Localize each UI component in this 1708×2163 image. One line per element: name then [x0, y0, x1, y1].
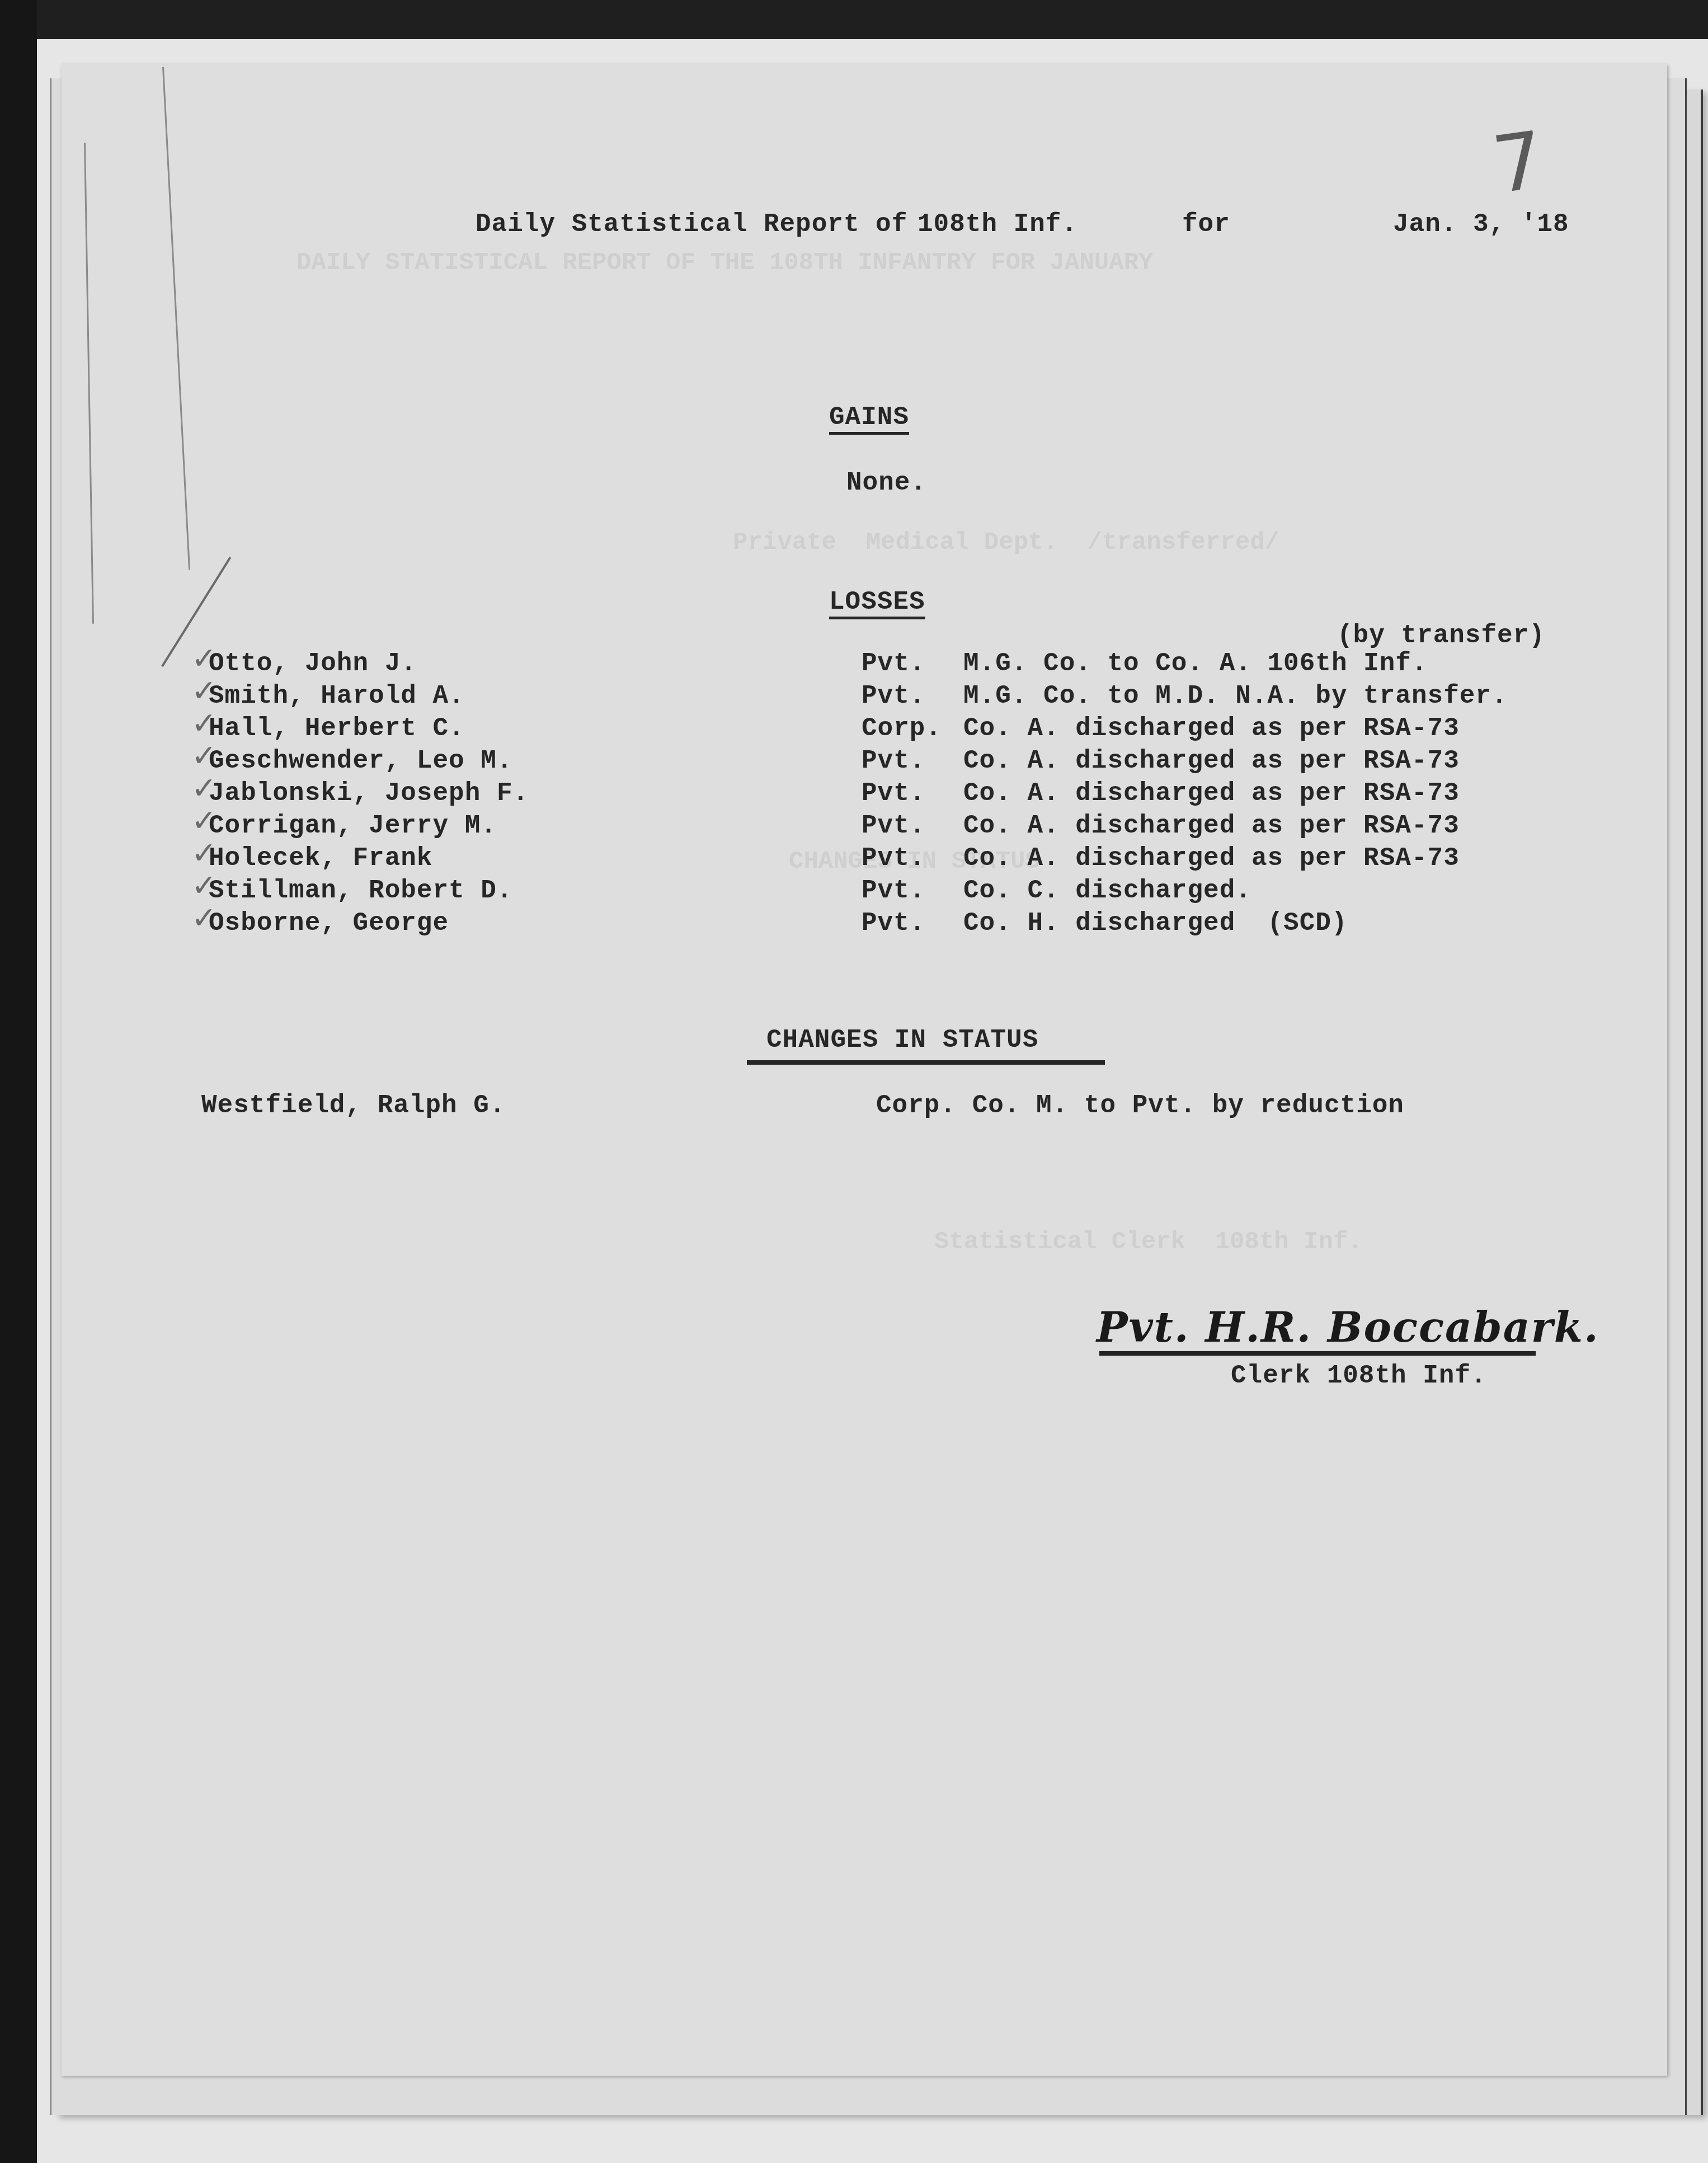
- loss-detail: Co. A. discharged as per RSA-73: [963, 779, 1460, 808]
- page-crease: [84, 143, 94, 624]
- report-title: Daily Statistical Report of: [476, 210, 907, 239]
- loss-name: Osborne, George: [209, 909, 449, 938]
- loss-name: Stillman, Robert D.: [209, 876, 513, 905]
- loss-name: Jablonski, Joseph F.: [209, 779, 529, 808]
- signer-title: Clerk 108th Inf.: [1231, 1361, 1487, 1390]
- gains-value: None.: [846, 468, 926, 497]
- pencil-corner-mark: 7: [1488, 115, 1550, 212]
- bleed-through-text: Statistical Clerk 108th Inf.: [934, 1228, 1363, 1256]
- loss-rank: Pvt.: [862, 811, 925, 840]
- loss-rank: Pvt.: [862, 909, 925, 938]
- heading-underline: [747, 1060, 1105, 1065]
- loss-name: Otto, John J.: [209, 649, 417, 678]
- loss-name: Corrigan, Jerry M.: [209, 811, 497, 840]
- loss-rank: Corp.: [862, 714, 942, 743]
- bleed-through-text: DAILY STATISTICAL REPORT OF THE 108TH IN…: [297, 249, 1153, 277]
- loss-detail: Co. C. discharged.: [963, 876, 1251, 905]
- loss-detail: Co. A. discharged as per RSA-73: [963, 714, 1460, 743]
- loss-rank: Pvt.: [862, 844, 925, 873]
- page-crease: [162, 67, 190, 570]
- scan-border-left: [0, 0, 37, 2163]
- bleed-through-text: Private Medical Dept. /transferred/: [733, 529, 1279, 557]
- status-detail: Corp. Co. M. to Pvt. by reduction: [876, 1091, 1404, 1120]
- loss-rank: Pvt.: [862, 779, 925, 808]
- loss-name: Geschwender, Leo M.: [209, 746, 513, 775]
- document-page: DAILY STATISTICAL REPORT OF THE 108TH IN…: [62, 64, 1667, 2076]
- loss-detail: Co. A. discharged as per RSA-73: [963, 746, 1460, 775]
- report-date-label: for: [1182, 210, 1230, 239]
- loss-detail: Co. A. discharged as per RSA-73: [963, 844, 1460, 873]
- loss-name: Holecek, Frank: [209, 844, 432, 873]
- losses-note: (by transfer): [1337, 621, 1545, 650]
- status-name: Westfield, Ralph G.: [201, 1091, 506, 1120]
- loss-detail: M.G. Co. to Co. A. 106th Inf.: [963, 649, 1428, 678]
- loss-detail: Co. A. discharged as per RSA-73: [963, 811, 1460, 840]
- gains-heading: GAINS: [829, 403, 909, 432]
- loss-rank: Pvt.: [862, 746, 925, 775]
- loss-detail: M.G. Co. to M.D. N.A. by transfer.: [963, 681, 1508, 711]
- scan-border-top: [0, 0, 1708, 45]
- losses-heading: LOSSES: [829, 587, 925, 617]
- loss-name: Hall, Herbert C.: [209, 714, 465, 743]
- loss-rank: Pvt.: [862, 649, 925, 678]
- changes-heading: CHANGES IN STATUS: [766, 1026, 1038, 1055]
- loss-name: Smith, Harold A.: [209, 681, 465, 711]
- report-unit: 108th Inf.: [917, 210, 1078, 239]
- report-date: Jan. 3, '18: [1393, 210, 1569, 239]
- handwritten-signature: Pvt. H.R. Boccabark.: [1097, 1304, 1599, 1352]
- signature-line: [1099, 1351, 1536, 1356]
- loss-rank: Pvt.: [862, 876, 925, 905]
- loss-rank: Pvt.: [862, 681, 925, 711]
- loss-detail: Co. H. discharged (SCD): [963, 909, 1348, 938]
